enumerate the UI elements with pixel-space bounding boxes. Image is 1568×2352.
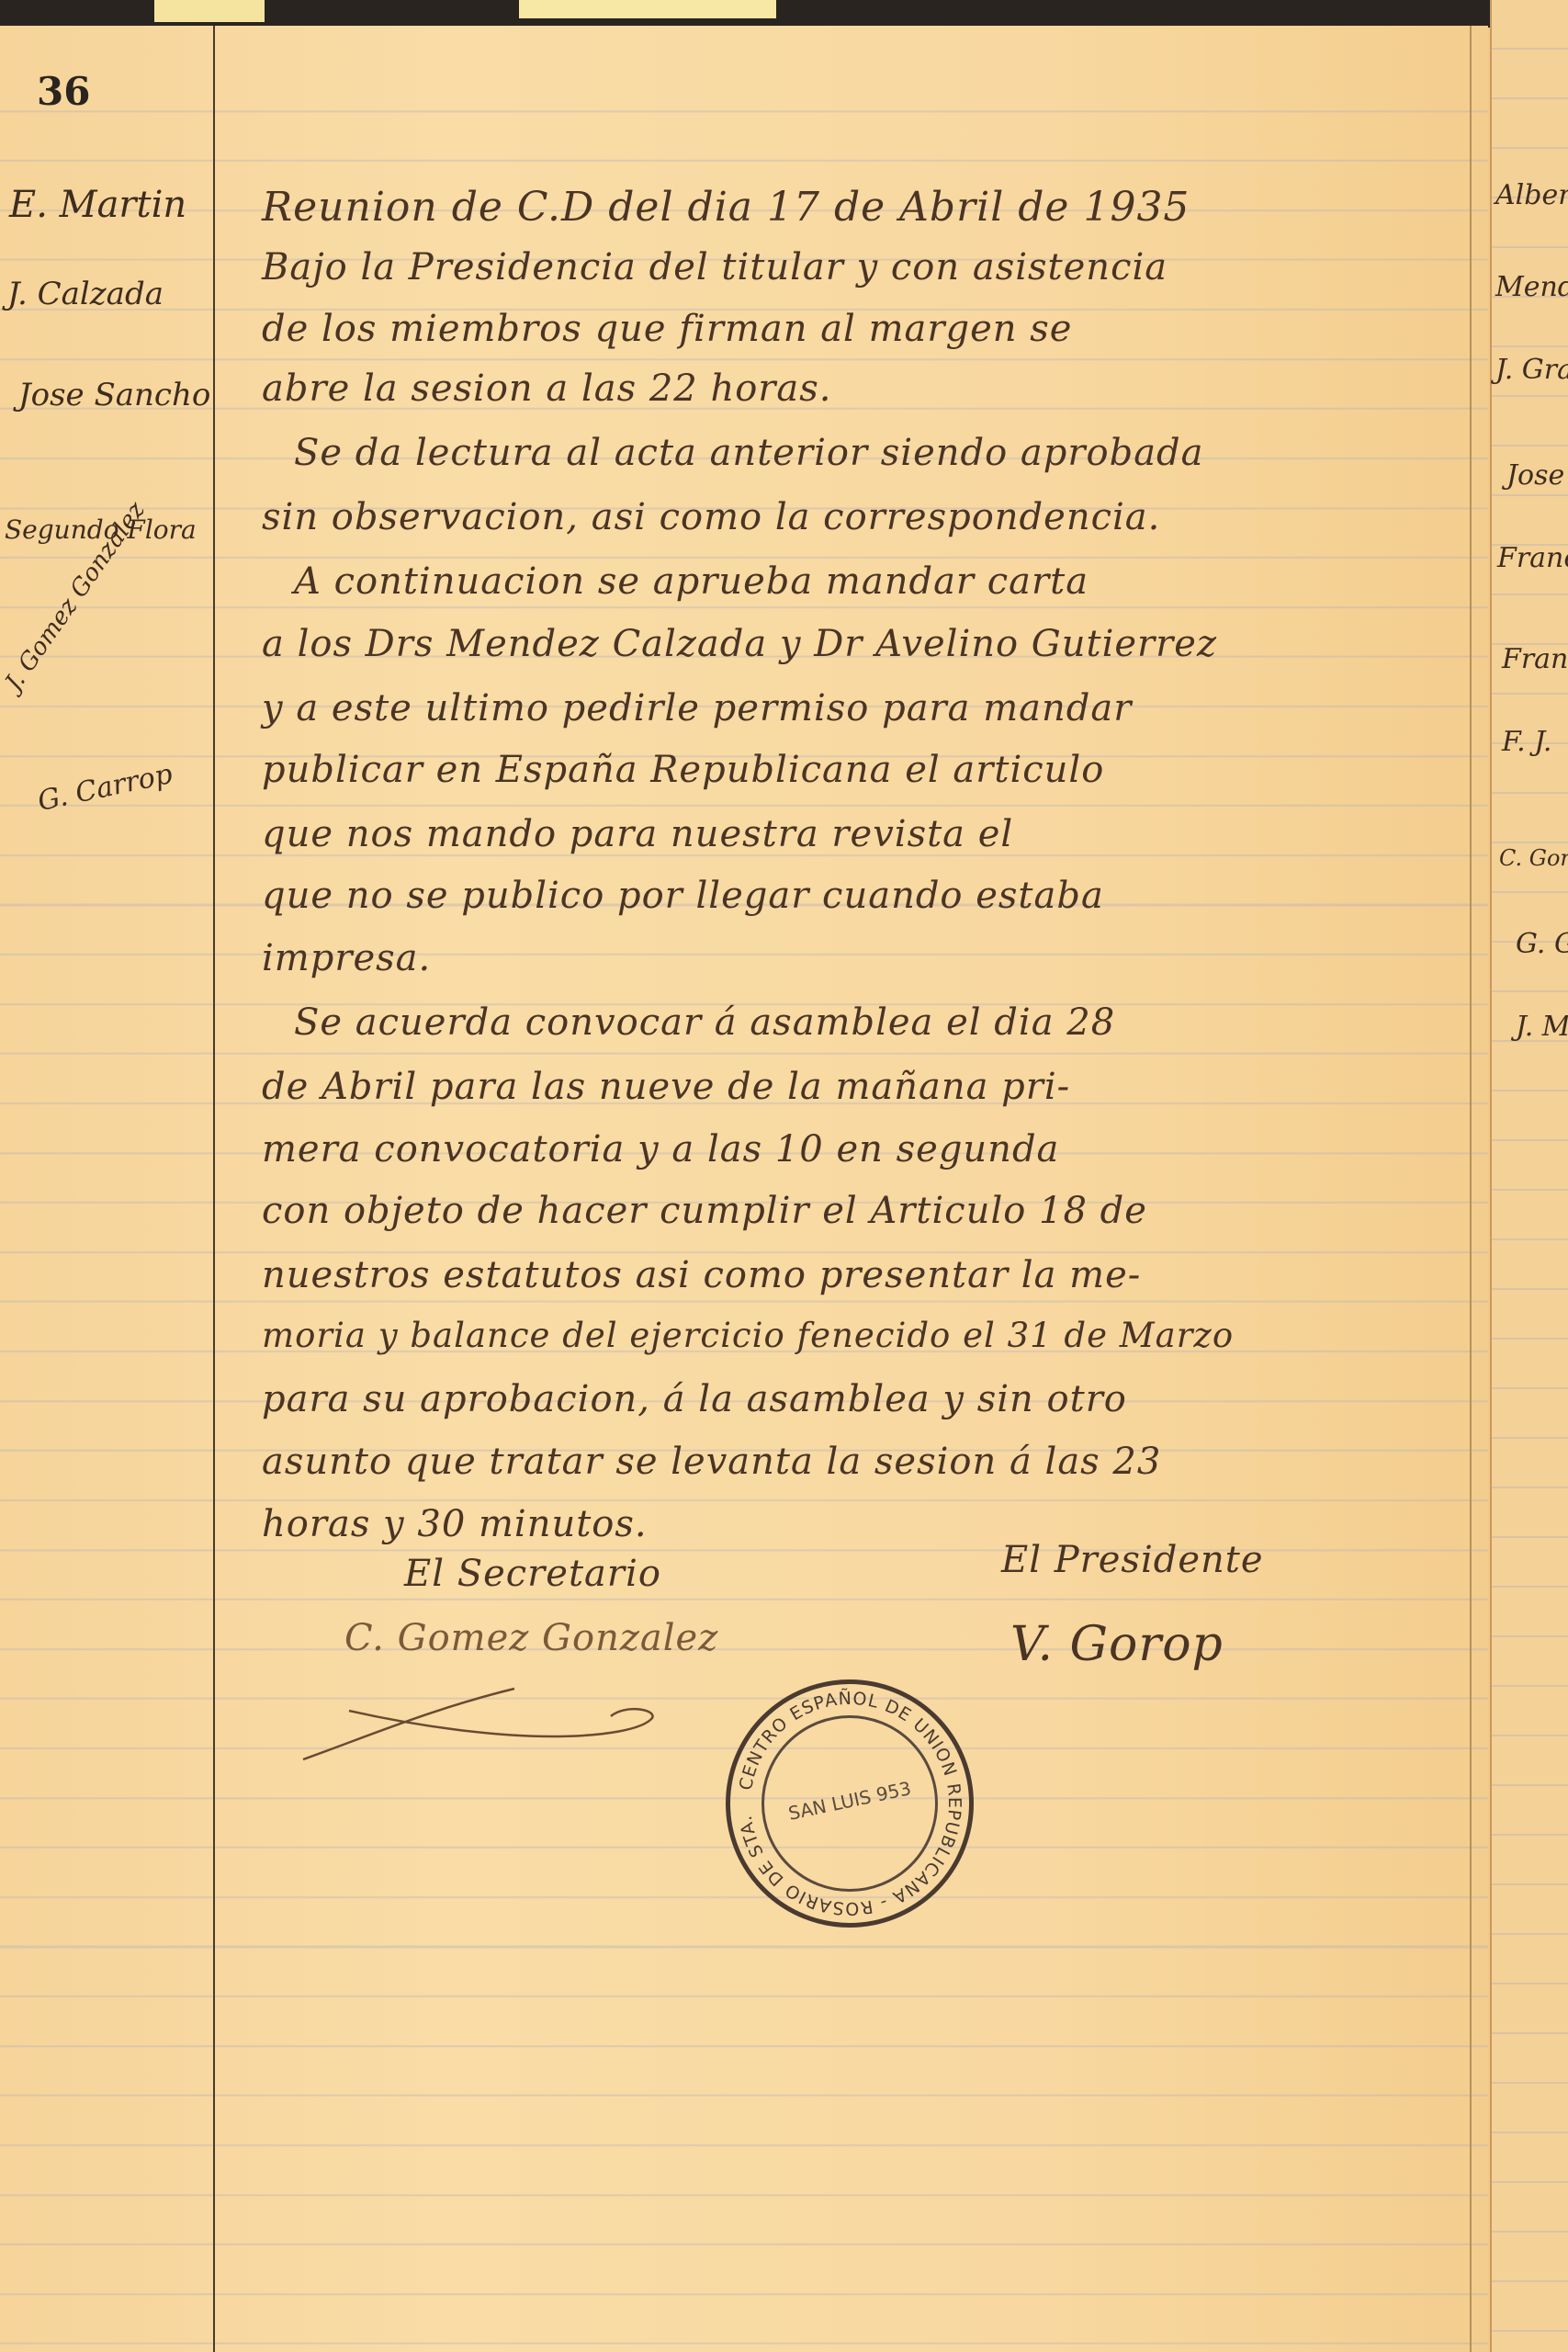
minutes-line: que no se publico por llegar cuando esta…	[262, 875, 1104, 917]
minutes-line: abre la sesion a las 22 horas.	[262, 367, 832, 410]
margin-signature: G. G.	[1516, 928, 1568, 960]
minutes-line: que nos mando para nuestra revista el	[262, 813, 1013, 855]
minutes-line: con objeto de hacer cumplir el Articulo …	[262, 1190, 1147, 1232]
minutes-line: Se acuerda convocar á asamblea el dia 28	[294, 1001, 1115, 1044]
minutes-line: para su aprobacion, á la asamblea y sin …	[262, 1378, 1127, 1420]
margin-signature: F. J.	[1502, 726, 1551, 758]
minutes-line: Se da lectura al acta anterior siendo ap…	[294, 432, 1204, 474]
margin-signature: Francisco	[1502, 643, 1568, 675]
president-signature: V. Gorop	[1010, 1617, 1224, 1672]
minutes-line: sin observacion, asi como la corresponde…	[262, 496, 1160, 538]
minutes-line: nuestros estatutos asi como presentar la…	[262, 1254, 1141, 1296]
margin-signature: Jose Sancho	[18, 377, 210, 413]
minutes-line: y a este ultimo pedirle permiso para man…	[262, 687, 1132, 729]
minutes-line: mera convocatoria y a las 10 en segunda	[262, 1128, 1059, 1170]
margin-signature: Franco	[1497, 542, 1568, 574]
margin-signature: E. Martin	[9, 184, 186, 226]
adjacent-page	[1490, 0, 1568, 2352]
minutes-line: horas y 30 minutos.	[262, 1503, 648, 1545]
signature-flourish	[294, 1672, 680, 1773]
margin-signature: C. Gomez	[1499, 845, 1568, 871]
paper-tab	[519, 0, 776, 18]
minutes-line: Bajo la Presidencia del titular y con as…	[262, 246, 1168, 288]
secretary-title: El Secretario	[404, 1553, 661, 1595]
margin-rule	[213, 26, 215, 2352]
minutes-line: publicar en España Republicana el articu…	[262, 749, 1104, 791]
margin-signature: Jose	[1506, 459, 1564, 492]
margin-signature: Mendez	[1495, 271, 1568, 303]
margin-signature: Alberto	[1495, 179, 1568, 211]
minutes-title: Reunion de C.D del dia 17 de Abril de 19…	[262, 184, 1190, 231]
minutes-line: A continuacion se aprueba mandar carta	[294, 560, 1089, 603]
president-title: El Presidente	[1001, 1539, 1264, 1581]
stamp-inner-ring: SAN LUIS 953	[761, 1715, 938, 1892]
minutes-line: a los Drs Mendez Calzada y Dr Avelino Gu…	[262, 623, 1217, 665]
margin-signature: J. Gra	[1495, 354, 1568, 386]
secretary-signature: C. Gomez Gonzalez	[344, 1617, 718, 1659]
stamp-center-text: SAN LUIS 953	[764, 1772, 936, 1829]
minutes-line: impresa.	[262, 937, 431, 979]
margin-signature: J. Calzada	[7, 276, 164, 312]
minutes-line: moria y balance del ejercicio fenecido e…	[262, 1316, 1234, 1355]
organization-stamp: CENTRO ESPAÑOL DE UNION REPUBLICANA - RO…	[726, 1679, 974, 1928]
minutes-line: de Abril para las nueve de la mañana pri…	[262, 1066, 1070, 1108]
minutes-line: asunto que tratar se levanta la sesion á…	[262, 1441, 1161, 1483]
margin-rule	[1470, 26, 1472, 2352]
page-number: 36	[37, 69, 90, 114]
minutes-line: de los miembros que firman al margen se	[262, 308, 1072, 350]
margin-signature: J. M.	[1516, 1011, 1568, 1043]
paper-tab	[154, 0, 265, 22]
